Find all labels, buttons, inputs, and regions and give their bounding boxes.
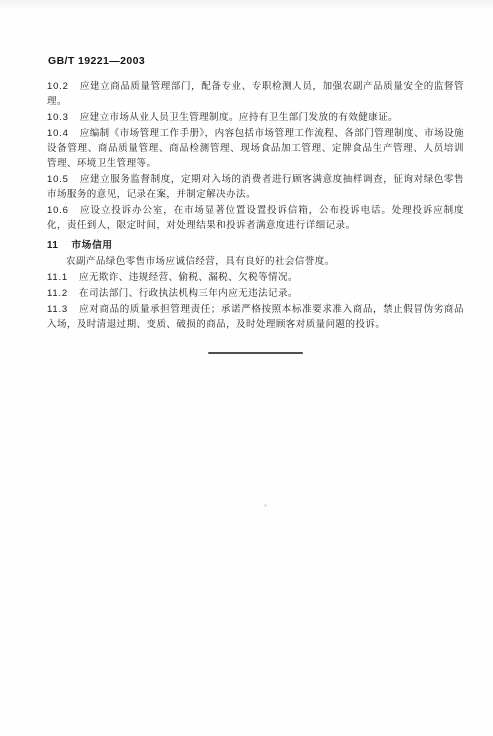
clause-10-4: 10.4应编制《市场管理工作手册》，内容包括市场管理工作流程、各部门管理制度、市… xyxy=(47,126,464,172)
clause-text: 应编制《市场管理工作手册》，内容包括市场管理工作流程、各部门管理制度、市场设施设… xyxy=(47,129,464,169)
clause-number: 10.5 xyxy=(47,174,69,185)
clause-text: 应建立服务监督制度，定期对入场的消费者进行顾客满意度抽样调查，征询对绿色零售市场… xyxy=(47,175,464,200)
scanned-standard-page: GB/T 19221—2003 10.2应建立商品质量管理部门，配备专业、专职检… xyxy=(0,0,493,736)
clause-text: 应无欺诈、违规经营、偷税、漏税、欠税等情况。 xyxy=(79,273,298,283)
clause-11-3: 11.3应对商品的质量承担管理责任；承诺严格按照本标准要求准入商品，禁止假冒伪劣… xyxy=(47,302,464,333)
section-number: 11 xyxy=(47,240,58,251)
section-11-intro: 农副产品绿色零售市场应诚信经营，具有良好的社会信誉度。 xyxy=(47,255,464,270)
clause-number: 11.1 xyxy=(47,272,68,283)
clause-text: 应设立投诉办公室，在市场显著位置设置投诉信箱，公布投诉电话。处理投诉应制度化，责… xyxy=(47,206,464,231)
clause-11-2: 11.2在司法部门、行政执法机构三年内应无违法记录。 xyxy=(47,286,464,302)
clause-10-3: 10.3应建立市场从业人员卫生管理制度。应持有卫生部门发放的有效健康证。 xyxy=(47,110,464,126)
scan-artifact-speck xyxy=(264,504,267,507)
clause-11-1: 11.1应无欺诈、违规经营、偷税、漏税、欠税等情况。 xyxy=(47,270,464,286)
clause-number: 10.6 xyxy=(47,205,69,216)
clause-text: 应建立商品质量管理部门，配备专业、专职检测人员，加强农副产品质量安全的监督管理。 xyxy=(47,82,464,107)
clause-text: 应建立市场从业人员卫生管理制度。应持有卫生部门发放的有效健康证。 xyxy=(80,113,398,123)
end-of-document-rule xyxy=(208,352,303,354)
clause-10-6: 10.6应设立投诉办公室，在市场显著位置设置投诉信箱，公布投诉电话。处理投诉应制… xyxy=(47,203,464,234)
scan-edge-shading xyxy=(0,0,493,10)
clause-text: 在司法部门、行政执法机构三年内应无违法记录。 xyxy=(79,289,298,299)
clause-number: 11.2 xyxy=(47,288,68,299)
section-title: 市场信用 xyxy=(71,240,112,251)
clause-number: 10.2 xyxy=(47,81,69,92)
clause-number: 10.4 xyxy=(47,128,69,139)
clause-number: 10.3 xyxy=(47,112,69,123)
clause-number: 11.3 xyxy=(47,304,68,315)
document-body: 10.2应建立商品质量管理部门，配备专业、专职检测人员，加强农副产品质量安全的监… xyxy=(47,79,464,354)
standard-number-header: GB/T 19221—2003 xyxy=(48,55,145,67)
section-11-heading: 11市场信用 xyxy=(47,238,464,253)
clause-text: 应对商品的质量承担管理责任；承诺严格按照本标准要求准入商品，禁止假冒伪劣商品入场… xyxy=(47,305,464,330)
clause-10-5: 10.5应建立服务监督制度，定期对入场的消费者进行顾客满意度抽样调查，征询对绿色… xyxy=(47,172,464,203)
clause-10-2: 10.2应建立商品质量管理部门，配备专业、专职检测人员，加强农副产品质量安全的监… xyxy=(47,79,464,110)
